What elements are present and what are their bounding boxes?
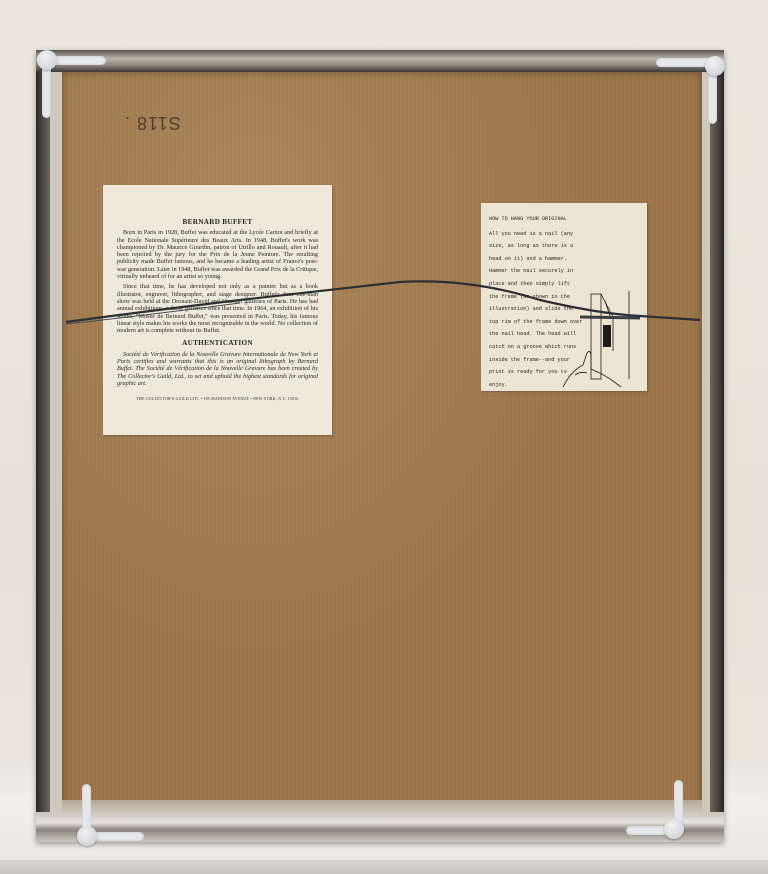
authentication-title: AUTHENTICATION	[117, 340, 318, 347]
hanging-line: size, as long as there is a	[489, 240, 584, 253]
bio-paragraph-2: Since that time, he has developed not on…	[117, 283, 318, 334]
shelf-edge	[0, 860, 768, 874]
hanging-line: Hammer the nail securely in	[489, 265, 584, 278]
publisher-footer: THE COLLECTOR'S GUILD LTD. • 185 MADISON…	[117, 396, 318, 403]
hanging-instructions-label: HOW TO HANG YOUR ORIGINAL All you need i…	[481, 203, 647, 391]
bio-paragraph-1: Born in Paris in 1928, Buffet was educat…	[117, 229, 318, 280]
hanging-line: All you need is a nail (any	[489, 228, 584, 241]
authentication-text: Société de Vérification de la Nouvelle G…	[117, 351, 318, 387]
hanging-line: head on it) and a hammer.	[489, 253, 584, 266]
artist-bio-label: BERNARD BUFFET Born in Paris in 1928, Bu…	[103, 185, 332, 435]
hand-lifting-frame-illustration	[561, 289, 641, 389]
cardboard-backing	[62, 72, 702, 818]
frame-top-rail	[36, 50, 724, 72]
stamp-number: S118 .	[124, 112, 181, 133]
bio-title: BERNARD BUFFET	[117, 219, 318, 226]
hanging-title: HOW TO HANG YOUR ORIGINAL	[489, 213, 639, 226]
